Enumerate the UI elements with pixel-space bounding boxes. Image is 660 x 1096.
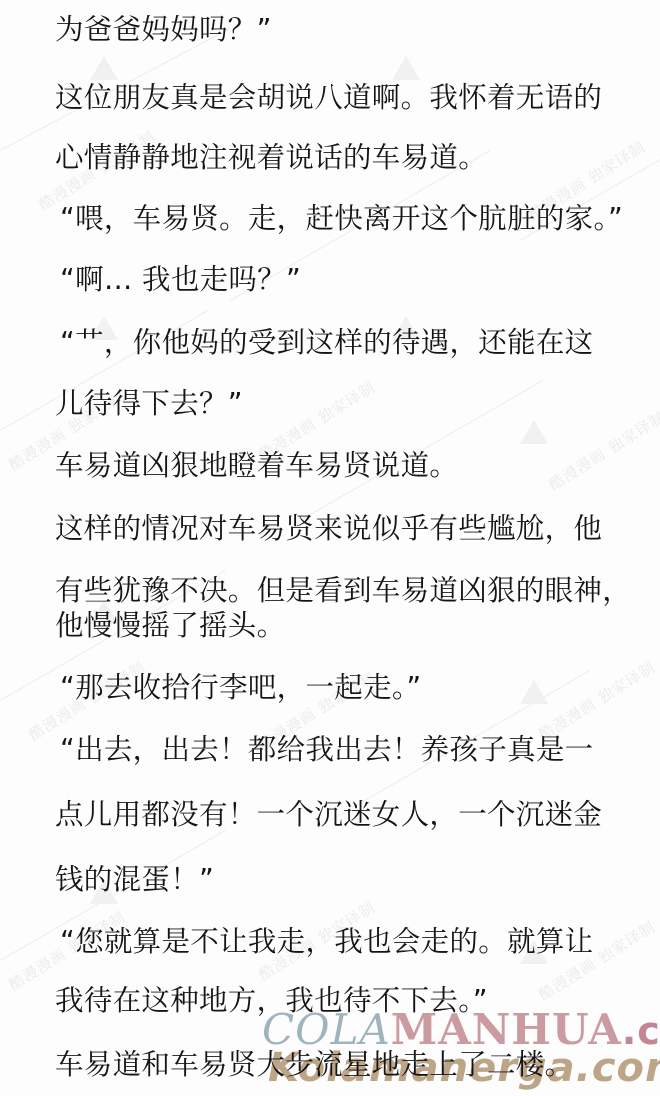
text-line: 这位朋友真是会胡说八道啊。我怀着无语的 [55,81,602,115]
text-line: 点儿用都没有！一个沉迷女人，一个沉迷金 [55,798,602,832]
dialogue-line: “出去，出去！都给我出去！养孩子真是一 [60,733,593,767]
text-line: 钱的混蛋！” [55,863,214,897]
dialogue-line: “艹，你他妈的受到这样的待遇，还能在这 [60,326,593,360]
watermark-triangle-icon [90,56,118,80]
text-line: 车易道和车易贤大步流星地走上了二楼。 [55,1048,573,1082]
text-line: 他慢慢摇了摇头。 [55,609,285,643]
novel-page: 酷漫漫画 独家译制 酷漫漫画 独家译制 酷漫漫画 独家译制 酷漫漫画 独家译制 … [0,0,660,1096]
text-line: 车易道凶狠地瞪着车易贤说道。 [55,449,458,483]
dialogue-line: “您就算是不让我走，我也会走的。就算让 [60,925,593,959]
text-line: 儿待得下去？” [55,387,243,421]
watermark-triangle-icon [392,56,420,80]
dialogue-line: “那去收拾行李吧，一起走。” [60,671,421,705]
dialogue-line: “啊… 我也走吗？” [60,263,301,297]
text-line: 心情静静地注视着说话的车易道。 [55,141,487,175]
watermark-triangle-icon [520,420,548,444]
text-line: 有些犹豫不决。但是看到车易道凶狠的眼神， [55,574,631,608]
dialogue-line: “喂，车易贤。走，赶快离开这个肮脏的家。” [60,202,623,236]
text-line: 为爸爸妈妈吗？” [55,13,272,47]
watermark-triangle-icon [520,680,548,704]
background-watermark-text: 酷漫漫画 独家译制 [535,656,660,745]
text-line: 这样的情况对车易贤来说似乎有些尴尬，他 [55,512,602,546]
background-watermark-text: 酷漫漫画 独家译制 [545,406,660,495]
